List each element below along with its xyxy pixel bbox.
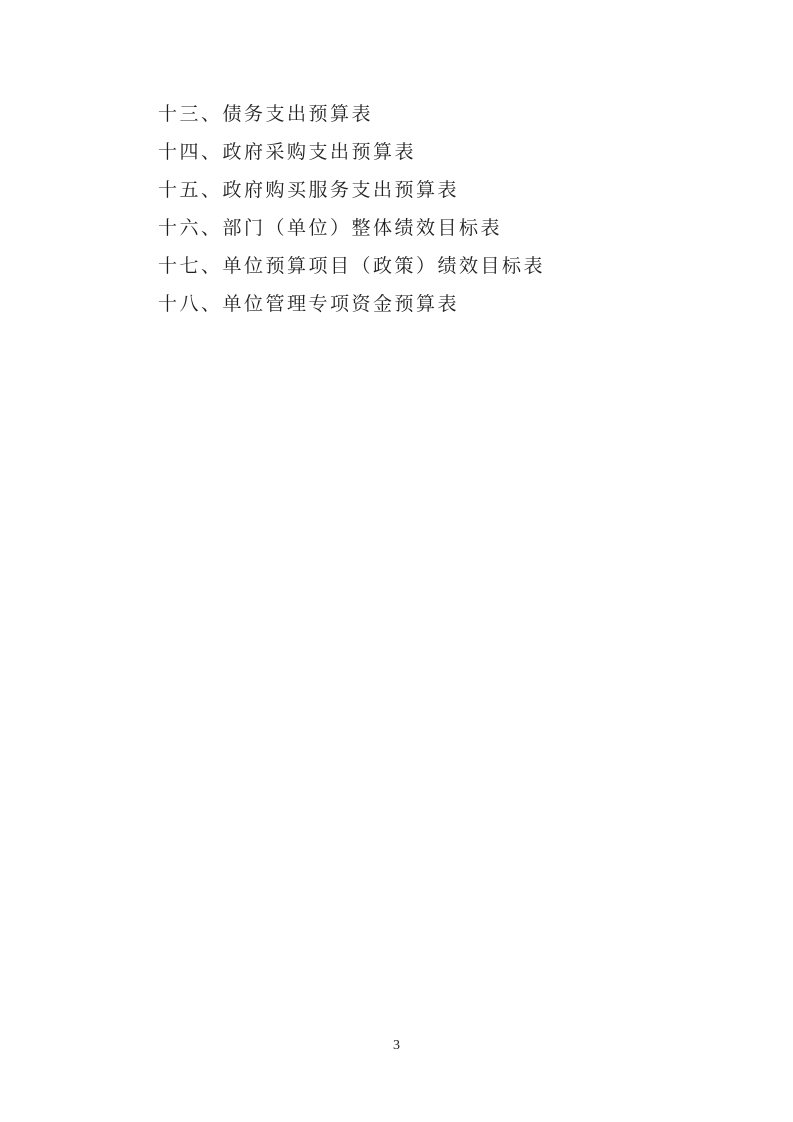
- toc-item-14: 十四、政府采购支出预算表: [158, 134, 713, 172]
- toc-item-13: 十三、债务支出预算表: [158, 96, 713, 134]
- toc-item-16: 十六、部门（单位）整体绩效目标表: [158, 210, 713, 248]
- document-page: 十三、债务支出预算表 十四、政府采购支出预算表 十五、政府购买服务支出预算表 十…: [0, 0, 793, 1122]
- page-number: 3: [0, 1036, 793, 1056]
- toc-item-15: 十五、政府购买服务支出预算表: [158, 172, 713, 210]
- toc-item-18: 十八、单位管理专项资金预算表: [158, 286, 713, 324]
- toc-item-17: 十七、单位预算项目（政策）绩效目标表: [158, 248, 713, 286]
- toc-list: 十三、债务支出预算表 十四、政府采购支出预算表 十五、政府购买服务支出预算表 十…: [158, 96, 713, 324]
